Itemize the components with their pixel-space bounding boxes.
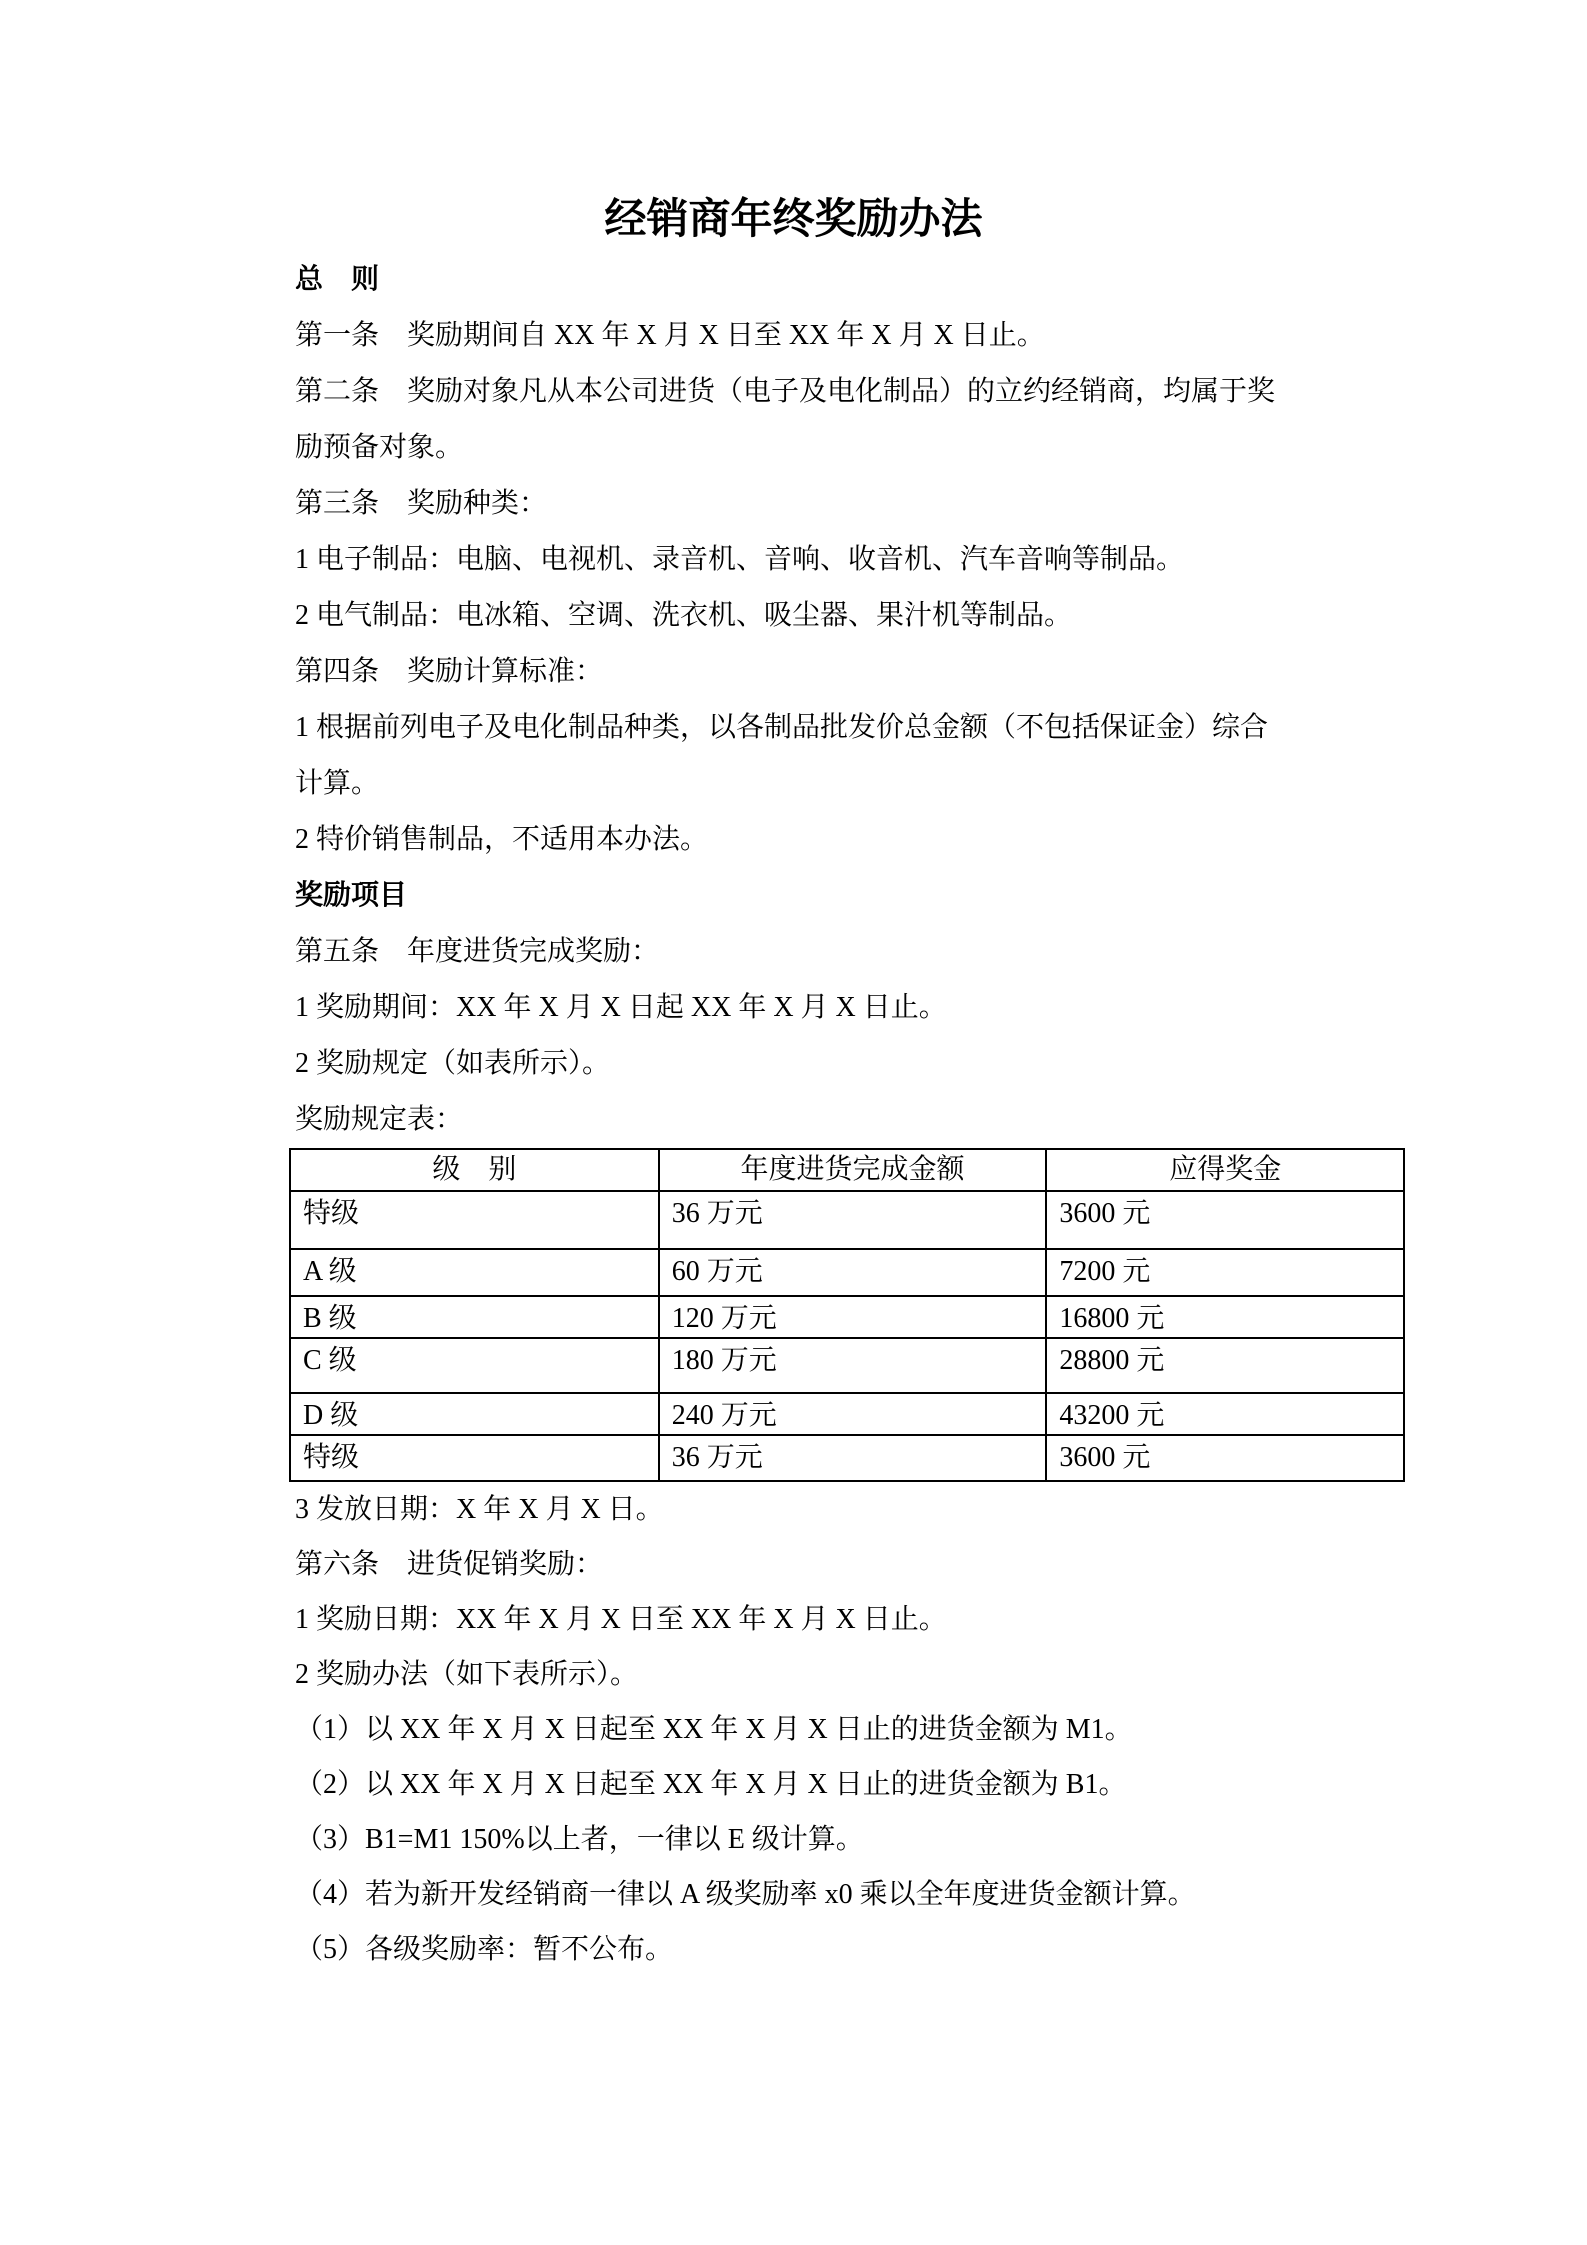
document-body: 总 则第一条 奖励期间自 XX 年 X 月 X 日至 XX 年 X 月 X 日止… [295, 252, 1407, 1977]
table-cell: B 级 [290, 1296, 659, 1338]
table-cell: 36 万元 [659, 1191, 1047, 1249]
table-row: A 级60 万元7200 元 [290, 1249, 1404, 1296]
text-line: （4）若为新开发经销商一律以 A 级奖励率 x0 乘以全年度进货金额计算。 [295, 1867, 1407, 1922]
table-cell: 36 万元 [659, 1435, 1047, 1481]
table-cell: 60 万元 [659, 1249, 1047, 1296]
text-line: 2 奖励规定（如表所示）。 [295, 1036, 1407, 1092]
table-header-cell: 应得奖金 [1046, 1149, 1404, 1191]
table-header-cell: 年度进货完成金额 [659, 1149, 1047, 1191]
paragraph-block-articles: 3 发放日期：X 年 X 月 X 日。第六条 进货促销奖励：1 奖励日期：XX … [295, 1482, 1407, 1977]
table-row: 特级36 万元3600 元 [290, 1191, 1404, 1249]
text-line: （5）各级奖励率：暂不公布。 [295, 1922, 1407, 1977]
text-line: 第四条 奖励计算标准： [295, 644, 1407, 700]
table-header-row: 级 别年度进货完成金额应得奖金 [290, 1149, 1404, 1191]
paragraph-block-general: 总 则第一条 奖励期间自 XX 年 X 月 X 日至 XX 年 X 月 X 日止… [295, 252, 1407, 1148]
table-row: D 级240 万元43200 元 [290, 1393, 1404, 1435]
table-cell: 3600 元 [1046, 1435, 1404, 1481]
text-line: 1 奖励日期：XX 年 X 月 X 日至 XX 年 X 月 X 日止。 [295, 1592, 1407, 1647]
text-line: （2）以 XX 年 X 月 X 日起至 XX 年 X 月 X 日止的进货金额为 … [295, 1757, 1407, 1812]
text-line: 1 电子制品：电脑、电视机、录音机、音响、收音机、汽车音响等制品。 [295, 532, 1407, 588]
table-cell: 特级 [290, 1435, 659, 1481]
text-line: 第五条 年度进货完成奖励： [295, 924, 1407, 980]
text-line: 第三条 奖励种类： [295, 476, 1407, 532]
table-cell: 180 万元 [659, 1338, 1047, 1393]
table-cell: 120 万元 [659, 1296, 1047, 1338]
text-line: 第一条 奖励期间自 XX 年 X 月 X 日至 XX 年 X 月 X 日止。 [295, 308, 1407, 364]
text-line: 计算。 [295, 756, 1407, 812]
section-heading-line: 奖励项目 [295, 868, 1407, 924]
table-cell: D 级 [290, 1393, 659, 1435]
document-page: 经销商年终奖励办法 总 则第一条 奖励期间自 XX 年 X 月 X 日至 XX … [0, 0, 1587, 2245]
text-line: 3 发放日期：X 年 X 月 X 日。 [295, 1482, 1407, 1537]
text-line: （1）以 XX 年 X 月 X 日起至 XX 年 X 月 X 日止的进货金额为 … [295, 1702, 1407, 1757]
section-heading-line: 总 则 [295, 252, 1407, 308]
reward-table-header: 级 别年度进货完成金额应得奖金 [290, 1149, 1404, 1191]
table-cell: 43200 元 [1046, 1393, 1404, 1435]
table-cell: C 级 [290, 1338, 659, 1393]
table-cell: 7200 元 [1046, 1249, 1404, 1296]
text-line: （3）B1=M1 150%以上者，一律以 E 级计算。 [295, 1812, 1407, 1867]
table-cell: 28800 元 [1046, 1338, 1404, 1393]
text-line: 2 特价销售制品，不适用本办法。 [295, 812, 1407, 868]
text-line: 2 电气制品：电冰箱、空调、洗衣机、吸尘器、果汁机等制品。 [295, 588, 1407, 644]
document-title: 经销商年终奖励办法 [0, 0, 1587, 252]
table-cell: 特级 [290, 1191, 659, 1249]
reward-table-body: 特级36 万元3600 元A 级60 万元7200 元B 级120 万元1680… [290, 1191, 1404, 1481]
text-line: 奖励规定表： [295, 1092, 1407, 1148]
table-cell: 16800 元 [1046, 1296, 1404, 1338]
reward-table: 级 别年度进货完成金额应得奖金 特级36 万元3600 元A 级60 万元720… [289, 1148, 1405, 1482]
table-cell: 3600 元 [1046, 1191, 1404, 1249]
table-header-cell: 级 别 [290, 1149, 659, 1191]
table-row: B 级120 万元16800 元 [290, 1296, 1404, 1338]
text-line: 第六条 进货促销奖励： [295, 1537, 1407, 1592]
text-line: 2 奖励办法（如下表所示）。 [295, 1647, 1407, 1702]
table-cell: 240 万元 [659, 1393, 1047, 1435]
text-line: 1 奖励期间：XX 年 X 月 X 日起 XX 年 X 月 X 日止。 [295, 980, 1407, 1036]
text-line: 第二条 奖励对象凡从本公司进货（电子及电化制品）的立约经销商，均属于奖 [295, 364, 1407, 420]
table-row: C 级180 万元28800 元 [290, 1338, 1404, 1393]
text-line: 1 根据前列电子及电化制品种类，以各制品批发价总金额（不包括保证金）综合 [295, 700, 1407, 756]
table-cell: A 级 [290, 1249, 659, 1296]
text-line: 励预备对象。 [295, 420, 1407, 476]
table-row: 特级36 万元3600 元 [290, 1435, 1404, 1481]
